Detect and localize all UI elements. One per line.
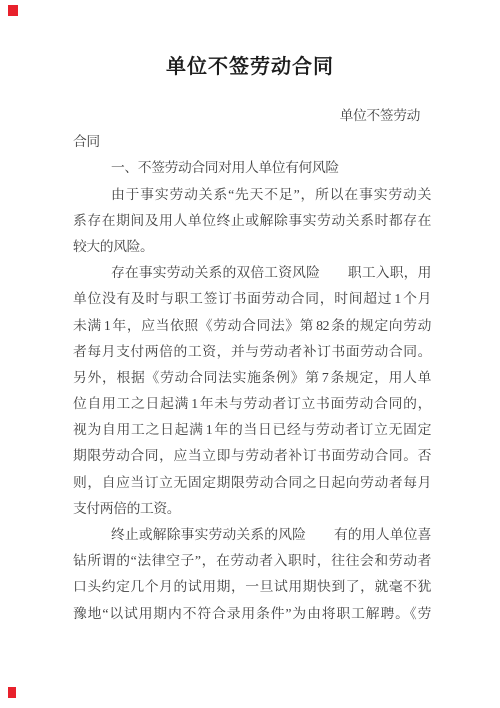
text-line: 口头约定几个月的试用期，一旦试用期快到了，就毫不犹	[73, 574, 431, 600]
text-line: 较大的风险。	[73, 234, 431, 260]
text-line: 未满 1 年，应当依照《劳动合同法》第 82 条的规定向劳动	[73, 313, 431, 339]
document-page: 单位不签劳动合同 单位不签劳动合同一、不签劳动合同对用人单位有何风险由于事实劳动…	[0, 0, 500, 708]
paragraph: 单位不签劳动	[73, 103, 431, 129]
red-artifact-mark-bottom-left	[8, 687, 16, 698]
text-line: 另外，根据《劳动合同法实施条例》第 7 条规定，用人单	[73, 365, 431, 391]
text-line: 存在事实劳动关系的双倍工资风险 职工入职，用人	[73, 260, 431, 286]
text-line: 位自用工之日起满 1 年未与劳动者订立书面劳动合同的，	[73, 391, 431, 417]
text-line: 一、不签劳动合同对用人单位有何风险	[73, 155, 431, 181]
document-body: 单位不签劳动合同一、不签劳动合同对用人单位有何风险由于事实劳动关系“先天不足”，…	[73, 103, 431, 627]
text-line: 单位没有及时与职工签订书面劳动合同，时间超过 1 个月	[73, 286, 431, 312]
text-line: 由于事实劳动关系“先天不足”，所以在事实劳动关	[73, 182, 431, 208]
text-line: 单位不签劳动	[73, 103, 431, 129]
paragraph: 一、不签劳动合同对用人单位有何风险	[73, 155, 431, 181]
text-line: 期限劳动合同，应当立即与劳动者补订书面劳动合同。否	[73, 443, 431, 469]
text-line: 者每月支付两倍的工资，并与劳动者补订书面劳动合同。	[73, 339, 431, 365]
text-line: 支付两倍的工资。	[73, 496, 431, 522]
document-title: 单位不签劳动合同	[0, 53, 500, 81]
paragraph: 存在事实劳动关系的双倍工资风险 职工入职，用人单位没有及时与职工签订书面劳动合同…	[73, 260, 431, 522]
text-line: 终止或解除事实劳动关系的风险 有的用人单位喜欢	[73, 522, 431, 548]
paragraph: 合同	[73, 129, 431, 155]
text-line: 系存在期间及用人单位终止或解除事实劳动关系时都存在	[73, 208, 431, 234]
text-line: 视为自用工之日起满 1 年的当日已经与劳动者订立无固定	[73, 417, 431, 443]
text-line: 则，自应当订立无固定期限劳动合同之日起向劳动者每月	[73, 470, 431, 496]
text-line: 合同	[73, 129, 431, 155]
text-line: 钻所谓的“法律空子”，在劳动者入职时，往往会和劳动者	[73, 548, 431, 574]
text-line: 豫地“以试用期内不符合录用条件”为由将职工解聘。《劳	[73, 601, 431, 627]
red-artifact-mark-top-left	[8, 5, 18, 16]
paragraph: 终止或解除事实劳动关系的风险 有的用人单位喜欢钻所谓的“法律空子”，在劳动者入职…	[73, 522, 431, 627]
paragraph: 由于事实劳动关系“先天不足”，所以在事实劳动关系存在期间及用人单位终止或解除事实…	[73, 182, 431, 261]
